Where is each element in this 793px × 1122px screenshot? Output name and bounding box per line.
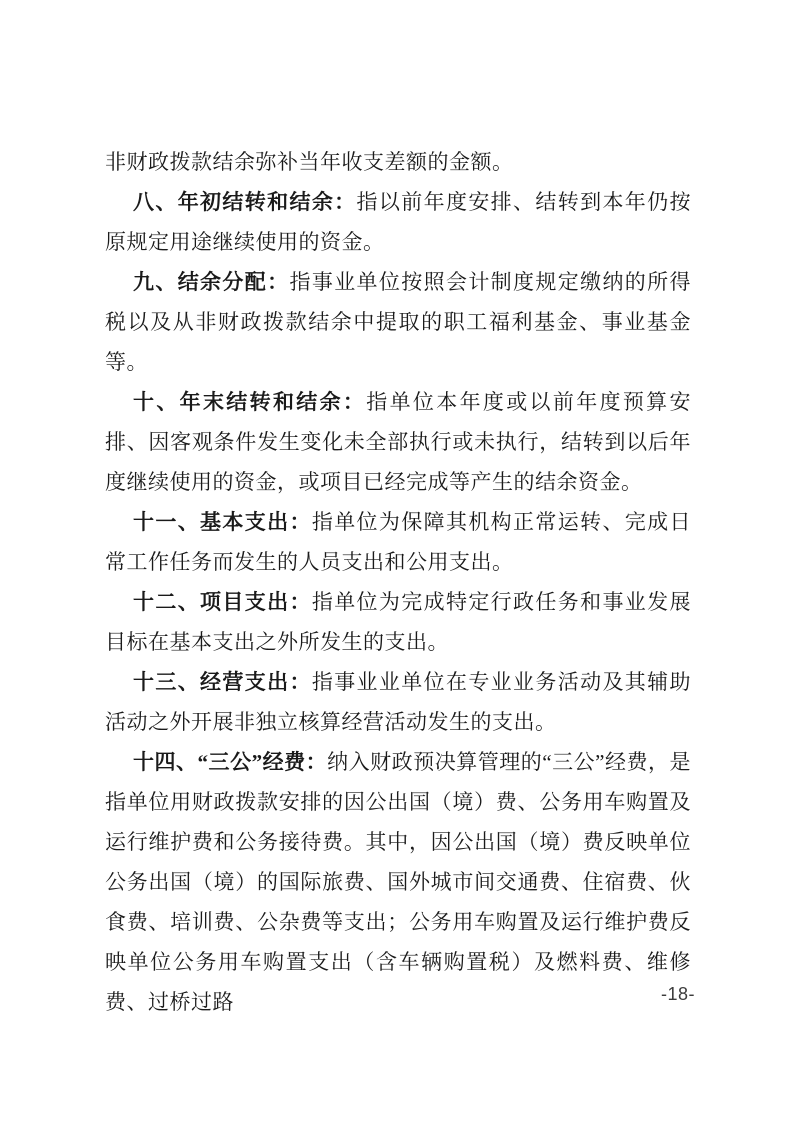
page-number: -18- [661,984,695,1005]
paragraph-lead: 十、年末结转和结余： [133,390,366,414]
paragraph-text: 纳入财政预决算管理的“三公”经费，是指单位用财政拨款安排的因公出国（境）费、公务… [105,750,691,1014]
paragraph-term-10: 十、年末结转和结余：指单位本年度或以前年度预算安排、因客观条件发生变化未全部执行… [105,382,691,502]
paragraph-continuation: 非财政拨款结余弥补当年收支差额的金额。 [105,142,691,182]
paragraph-text: 非财政拨款结余弥补当年收支差额的金额。 [105,150,514,174]
document-page: 非财政拨款结余弥补当年收支差额的金额。 八、年初结转和结余：指以前年度安排、结转… [0,0,793,1122]
paragraph-term-11: 十一、基本支出：指单位为保障其机构正常运转、完成日常工作任务而发生的人员支出和公… [105,502,691,582]
paragraph-lead: 九、结余分配： [133,270,289,294]
paragraph-lead: 八、年初结转和结余： [133,190,357,214]
paragraph-term-8: 八、年初结转和结余：指以前年度安排、结转到本年仍按原规定用途继续使用的资金。 [105,182,691,262]
paragraph-lead: 十二、项目支出： [133,590,312,614]
paragraph-term-9: 九、结余分配：指事业单位按照会计制度规定缴纳的所得税以及从非财政拨款结余中提取的… [105,262,691,382]
document-body: 非财政拨款结余弥补当年收支差额的金额。 八、年初结转和结余：指以前年度安排、结转… [105,142,691,1022]
paragraph-lead: 十四、“三公”经费： [133,750,327,774]
paragraph-lead: 十三、经营支出： [133,670,312,694]
paragraph-term-12: 十二、项目支出：指单位为完成特定行政任务和事业发展目标在基本支出之外所发生的支出… [105,582,691,662]
paragraph-term-14: 十四、“三公”经费：纳入财政预决算管理的“三公”经费，是指单位用财政拨款安排的因… [105,742,691,1022]
paragraph-lead: 十一、基本支出： [133,510,312,534]
paragraph-term-13: 十三、经营支出：指事业业单位在专业业务活动及其辅助活动之外开展非独立核算经营活动… [105,662,691,742]
